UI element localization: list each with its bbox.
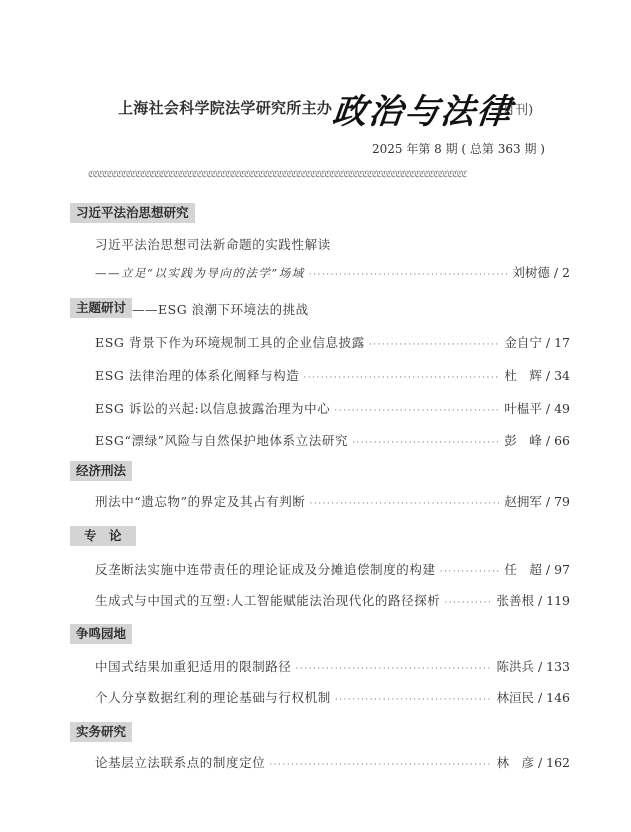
leader-dots: ········································…: [444, 598, 492, 608]
toc-entry-author: 张善根 / 119: [496, 591, 570, 609]
toc-entry-title[interactable]: 习近平法治思想司法新命题的实践性解读: [95, 235, 331, 253]
toc-entry-title: ESG 诉讼的兴起:以信息披露治理为中心: [95, 399, 330, 417]
toc-entry-subtitle: ——立足“以实践为导向的法学”场域: [95, 265, 305, 281]
leader-dots: ········································…: [369, 340, 501, 350]
toc-entry-author: 刘树德 / 2: [512, 263, 570, 281]
leader-dots: ········································…: [296, 664, 493, 674]
toc-entry-author: 赵拥军 / 79: [504, 492, 570, 510]
leader-dots: ········································…: [334, 406, 500, 416]
wavy-separator: ℭℭℭℭℭℭℭℭℭℭℭℭℭℭℭℭℭℭℭℭℭℭℭℭℭℭℭℭℭℭℭℭℭℭℭℭℭℭℭℭ…: [88, 170, 558, 180]
toc-entry[interactable]: ESG 背景下作为环境规制工具的企业信息披露 ·················…: [95, 333, 570, 351]
toc-entry[interactable]: 个人分享数据红利的理论基础与行权机制 ·····················…: [95, 688, 570, 706]
toc-entry-author: 叶榅平 / 49: [504, 399, 570, 417]
leader-dots: ········································…: [309, 270, 509, 280]
toc-entry-title: 中国式结果加重犯适用的限制路径: [95, 657, 292, 675]
journal-title: 政治与法律: [330, 84, 515, 133]
toc-entry-title: 刑法中“遗忘物”的界定及其占有判断: [95, 492, 305, 510]
toc-entry-title: ESG“漂绿”风险与自然保护地体系立法研究: [95, 431, 348, 449]
leader-dots: ········································…: [352, 438, 500, 448]
section-theme-subtitle: ——ESG 浪潮下环境法的挑战: [132, 300, 309, 318]
toc-entry-author: 林洹民 / 146: [496, 688, 570, 706]
toc-entry-title: 反垄断法实施中连带责任的理论证成及分摊追偿制度的构建: [95, 560, 436, 578]
toc-entry-title: 论基层立法联系点的制度定位: [95, 753, 265, 771]
toc-entry[interactable]: ESG 法律治理的体系化阐释与构造 ······················…: [95, 366, 570, 384]
toc-entry-title: 个人分享数据红利的理论基础与行权机制: [95, 688, 331, 706]
section-tag-monographs: 专 论: [70, 526, 136, 546]
section-tag-economic-criminal-law: 经济刑法: [70, 461, 132, 481]
leader-dots: ········································…: [269, 760, 492, 770]
issue-number: 2025 年第 8 期 ( 总第 363 期 ): [372, 140, 545, 157]
leader-dots: ········································…: [303, 373, 500, 383]
toc-entry[interactable]: 中国式结果加重犯适用的限制路径 ························…: [95, 657, 570, 675]
toc-entry-author: 杜 辉 / 34: [504, 366, 570, 384]
toc-entry[interactable]: 刑法中“遗忘物”的界定及其占有判断 ······················…: [95, 492, 570, 510]
toc-entry[interactable]: 论基层立法联系点的制度定位 ··························…: [95, 753, 570, 771]
toc-entry-author: 林 彦 / 162: [496, 753, 570, 771]
toc-entry[interactable]: 生成式与中国式的互塑:人工智能赋能法治现代化的路径探析 ············…: [95, 591, 570, 609]
toc-entry-author: 金自宁 / 17: [504, 333, 570, 351]
journal-sponsor: 上海社会科学院法学研究所主办: [118, 97, 332, 118]
leader-dots: ········································…: [335, 695, 493, 705]
toc-entry-author: 陈洪兵 / 133: [496, 657, 570, 675]
toc-entry-author: 彭 峰 / 66: [504, 431, 570, 449]
toc-entry-title: ESG 背景下作为环境规制工具的企业信息披露: [95, 333, 365, 351]
toc-entry[interactable]: ESG“漂绿”风险与自然保护地体系立法研究 ··················…: [95, 431, 570, 449]
toc-entry[interactable]: ——立足“以实践为导向的法学”场域 ······················…: [95, 263, 570, 281]
journal-frequency: (月刊): [497, 99, 533, 118]
toc-entry-title: 生成式与中国式的互塑:人工智能赋能法治现代化的路径探析: [95, 591, 440, 609]
toc-entry[interactable]: ESG 诉讼的兴起:以信息披露治理为中心 ···················…: [95, 399, 570, 417]
section-tag-debate-forum: 争鸣园地: [70, 624, 132, 644]
toc-entry-author: 任 超 / 97: [504, 560, 570, 578]
leader-dots: ········································…: [309, 499, 500, 509]
leader-dots: ········································…: [440, 567, 501, 577]
toc-entry[interactable]: 反垄断法实施中连带责任的理论证成及分摊追偿制度的构建 ·············…: [95, 560, 570, 578]
section-tag-theme-discussion: 主题研讨: [70, 298, 132, 318]
toc-entry-title: ESG 法律治理的体系化阐释与构造: [95, 366, 299, 384]
section-tag-practice-research: 实务研究: [70, 722, 132, 742]
section-tag-xi-rule-of-law: 习近平法治思想研究: [70, 203, 195, 223]
